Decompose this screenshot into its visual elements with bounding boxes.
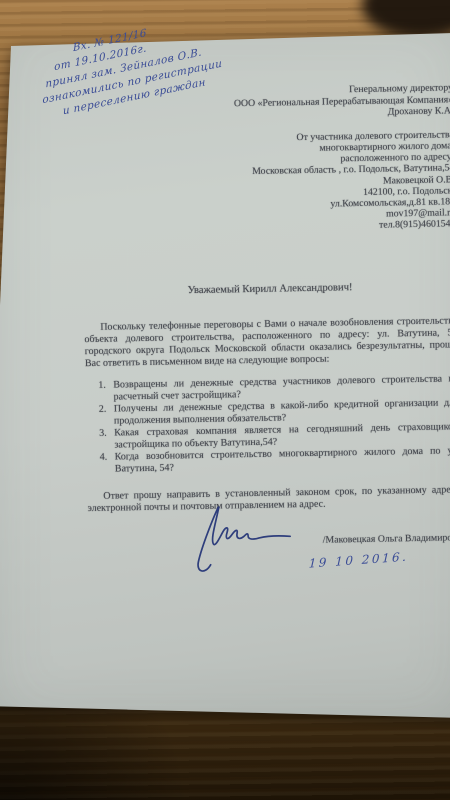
question-item: Когда возобновится строительство многокв… — [115, 445, 450, 475]
handwritten-date: 19 10 2016. — [308, 550, 408, 571]
letter-content: Вх. № 121/16 от 19.10.2016г. принял зам.… — [31, 32, 450, 730]
sender-block: От участника долевого строительства мног… — [33, 117, 450, 238]
opening-paragraph: Поскольку телефонные переговоры с Вами о… — [36, 314, 450, 370]
signature-scribble — [188, 501, 293, 575]
salutation: Уважаемый Кирилл Александрович! — [36, 279, 450, 298]
signature-name: /Маковецкая Ольга Владимировна/ — [323, 532, 450, 546]
questions-list: Возвращены ли денежные средства участник… — [37, 372, 450, 476]
